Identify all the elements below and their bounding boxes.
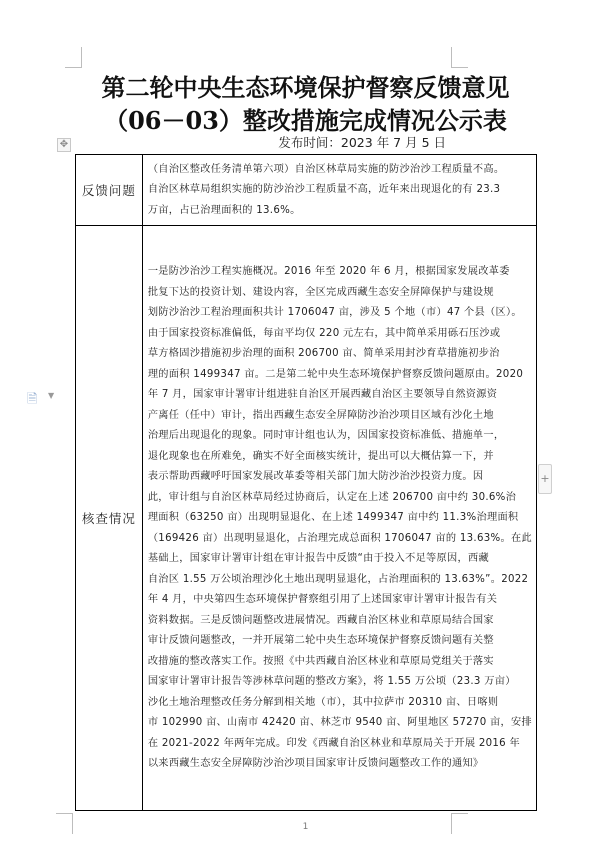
row-content[interactable]: 一是防沙治沙工程实施概况。2016 年至 2020 年 6 月，根据国家发展改革… bbox=[142, 226, 536, 811]
text-line: 以来西藏生态安全屏障防沙治沙项目国家审计反馈问题整改工作的通知》 bbox=[148, 754, 532, 775]
document-title-line2: （06－03）整改措施完成情况公示表 bbox=[0, 101, 611, 136]
page-number: 1 bbox=[0, 822, 611, 832]
text-line: 年 7 月，国家审计署审计组进驻自治区开展西藏自治区主要领导自然资源资 bbox=[148, 385, 532, 406]
text-line: 治理后出现退化的现象。同时审计组也认为，因国家投资标准低、措施单一， bbox=[148, 426, 532, 447]
chevron-down-icon[interactable]: ▼ bbox=[48, 391, 54, 400]
text-line: 改措施的整改落实工作。按照《中共西藏自治区林业和草原局党组关于落实 bbox=[148, 652, 532, 673]
text-line: 基础上，国家审计署审计组在审计报告中反馈“由于投入不足等原因，西藏 bbox=[148, 549, 532, 570]
text-line: 划防沙治沙工程治理面积共计 1706047 亩，涉及 5 个地（市）47 个县（… bbox=[148, 303, 532, 324]
publish-date: 发布时间：2023 年 7 月 5 日 bbox=[278, 133, 446, 151]
text-line: 此，审计组与自治区林草局经过协商后，认定在上述 206700 亩中约 30.6%… bbox=[148, 488, 532, 509]
text-line: 市 102990 亩、山南市 42420 亩、林芝市 9540 亩、阿里地区 5… bbox=[148, 713, 532, 734]
text-line: 理的面积 1499347 亩。二是第二轮中央生态环境保护督察反馈问题原由。202… bbox=[148, 365, 532, 386]
text-line: 资料数据。三是反馈问题整改进展情况。西藏自治区林业和草原局结合国家 bbox=[148, 611, 532, 632]
text-line: 沙化土地治理整改任务分解到相关地（市），其中拉萨市 20310 亩、日喀则 bbox=[148, 693, 532, 714]
row-content[interactable]: （自治区整改任务清单第六项）自治区林草局实施的防沙治沙工程质量不高。 自治区林草… bbox=[142, 155, 536, 226]
text-line: （169426 亩）出现明显退化，占治理完成总面积 1706047 亩的 13.… bbox=[148, 529, 532, 550]
row-label: 反馈问题 bbox=[76, 155, 143, 226]
text-line: 退化现象也在所难免，确实不好全面核实统计，提出可以大概估算一下，并 bbox=[148, 447, 532, 468]
text-line: 由于国家投资标准偏低，每亩平均仅 220 元左右，其中简单采用砾石压沙或 bbox=[148, 324, 532, 345]
text-line: 自治区 1.55 万公顷治理沙化土地出现明显退化，占治理面积的 13.63%”。… bbox=[148, 570, 532, 591]
plus-icon[interactable]: + bbox=[538, 464, 552, 494]
text-line: 审计反馈问题整改，一并开展第二轮中央生态环境保护督察反馈问题有关整 bbox=[148, 631, 532, 652]
text-line: 理面积（63250 亩）出现明显退化、在上述 1499347 亩中约 11.3%… bbox=[148, 508, 532, 529]
text-line: 一是防沙治沙工程实施概况。2016 年至 2020 年 6 月，根据国家发展改革… bbox=[148, 262, 532, 283]
move-arrows-icon[interactable]: ✥ bbox=[57, 138, 71, 152]
table-row-feedback: 反馈问题 （自治区整改任务清单第六项）自治区林草局实施的防沙治沙工程质量不高。 … bbox=[76, 155, 537, 226]
text-line: 批复下达的投资计划、建设内容，全区完成西藏生态安全屏障保护与建设规 bbox=[148, 283, 532, 304]
text-line: 年 4 月，中央第四生态环境保护督察组引用了上述国家审计署审计报告有关 bbox=[148, 590, 532, 611]
text-line: 国家审计署审计报告等涉林草问题的整改方案》，将 1.55 万公顷（23.3 万亩… bbox=[148, 672, 532, 693]
page-corner-mark bbox=[451, 47, 468, 68]
document-title-line1: 第二轮中央生态环境保护督察反馈意见 bbox=[0, 68, 611, 103]
text-line: 自治区林草局组织实施的防沙治沙工程质量不高，近年来出现退化的有 23.3 bbox=[148, 180, 532, 201]
text-line: （自治区整改任务清单第六项）自治区林草局实施的防沙治沙工程质量不高。 bbox=[148, 160, 532, 181]
rectification-table: 反馈问题 （自治区整改任务清单第六项）自治区林草局实施的防沙治沙工程质量不高。 … bbox=[75, 154, 537, 811]
text-line: 在 2021-2022 年两年完成。印发《西藏自治区林业和草原局关于开展 201… bbox=[148, 734, 532, 755]
table-row-verification: 核查情况 一是防沙治沙工程实施概况。2016 年至 2020 年 6 月，根据国… bbox=[76, 226, 537, 811]
page-corner-mark bbox=[65, 47, 82, 68]
text-line: 表示帮助西藏呼吁国家发展改革委等相关部门加大防沙治沙投资力度。因 bbox=[148, 467, 532, 488]
row-label: 核查情况 bbox=[76, 226, 143, 811]
document-icon[interactable]: 🗎 bbox=[27, 390, 41, 406]
text-line: 产离任（任中）审计，指出西藏生态安全屏障防沙治沙项目区域有沙化土地 bbox=[148, 406, 532, 427]
text-line: 万亩，占已治理面积的 13.6%。 bbox=[148, 201, 532, 222]
text-line: 草方格固沙措施初步治理的面积 206700 亩、简单采用封沙育草措施初步治 bbox=[148, 344, 532, 365]
